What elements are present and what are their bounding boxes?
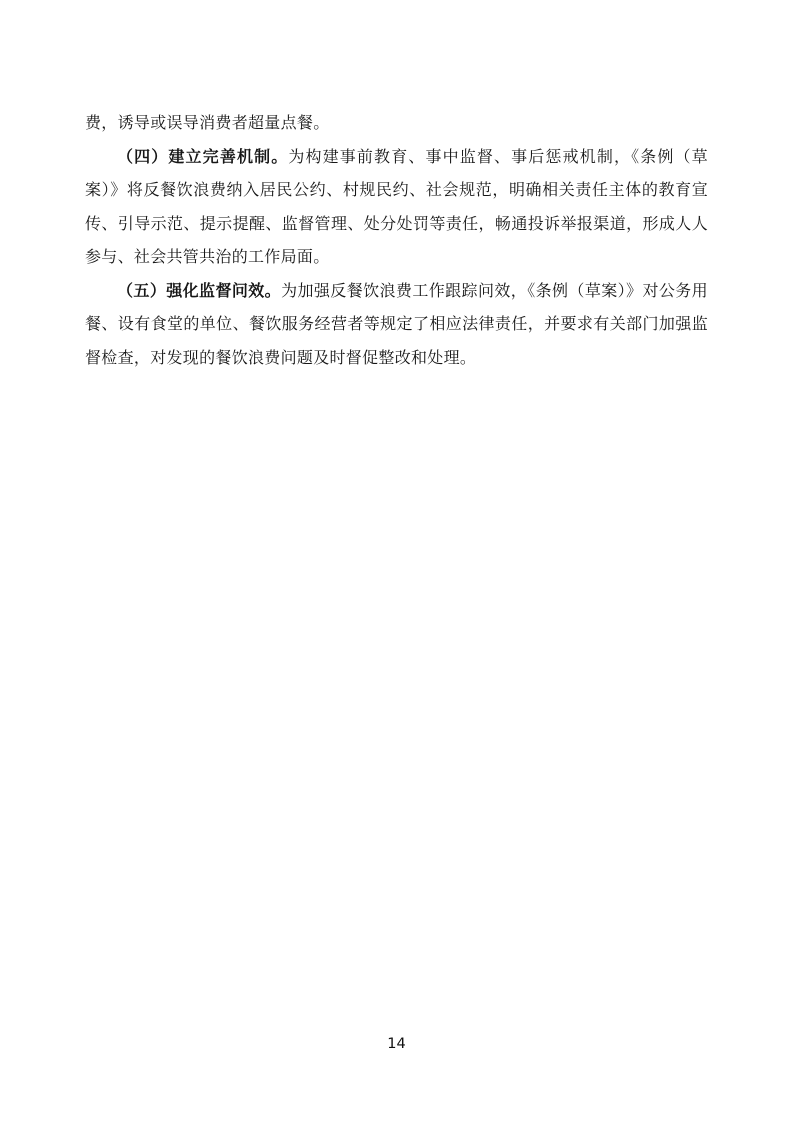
paragraph-text: 费，诱导或误导消费者超量点餐。 <box>85 113 330 132</box>
paragraph-continuation: 费，诱导或误导消费者超量点餐。 <box>85 106 708 140</box>
paragraph-item-4: （四）建立完善机制。为构建事前教育、事中监督、事后惩戒机制，《条例（草案）》将反… <box>85 140 708 274</box>
text-block: 费，诱导或误导消费者超量点餐。 （四）建立完善机制。为构建事前教育、事中监督、事… <box>85 106 708 374</box>
paragraph-lead: （四）建立完善机制。 <box>117 147 288 166</box>
page-number: 14 <box>0 1036 793 1052</box>
document-page: 费，诱导或误导消费者超量点餐。 （四）建立完善机制。为构建事前教育、事中监督、事… <box>0 0 793 1122</box>
paragraph-lead: （五）强化监督问效。 <box>117 281 281 300</box>
paragraph-item-5: （五）强化监督问效。为加强反餐饮浪费工作跟踪问效，《条例（草案）》对公务用餐、设… <box>85 274 708 375</box>
